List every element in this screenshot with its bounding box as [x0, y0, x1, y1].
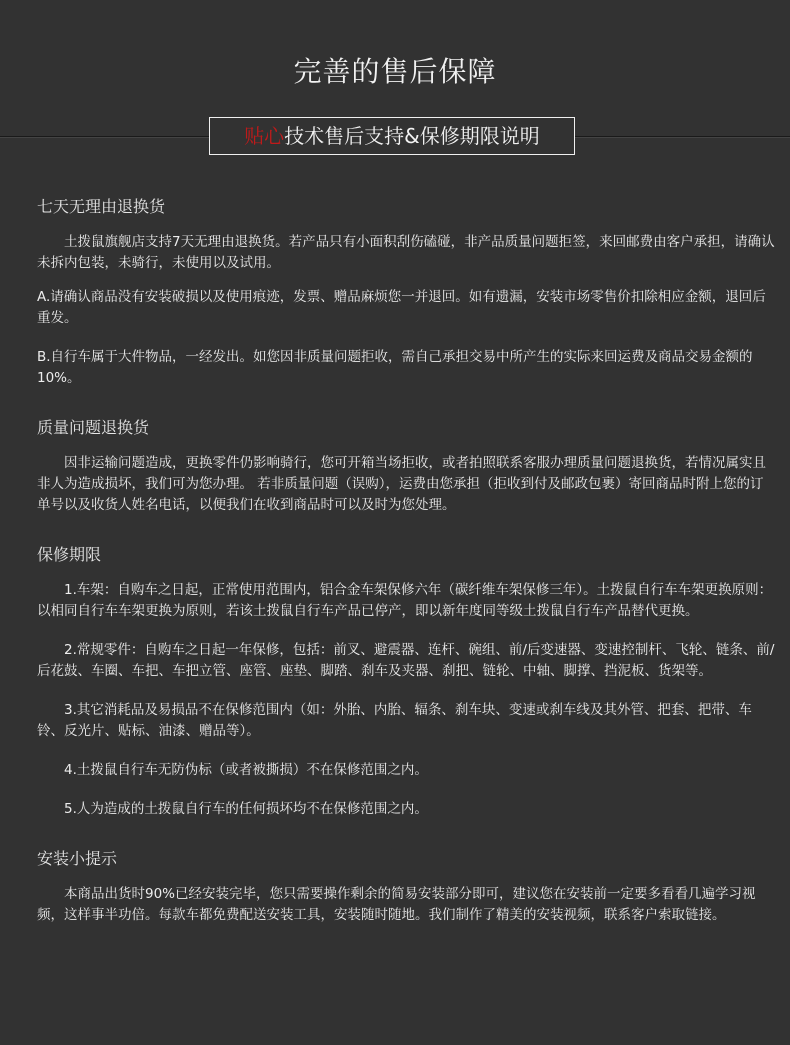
banner-text: 技术售后支持&保修期限说明: [284, 124, 540, 148]
paragraph: 土拨鼠旗舰店支持7天无理由退换货。若产品只有小面积刮伤磕碰，非产品质量问题拒签，…: [37, 232, 777, 274]
warranty-item: 3.其它消耗品及易损品不在保修范围内（如：外胎、内胎、辐条、刹车块、变速或刹车线…: [37, 700, 777, 742]
section-warranty-period: 保修期限 1.车架：自购车之日起，正常使用范围内，铝合金车架保修六年（碳纤维车架…: [37, 544, 777, 820]
main-title: 完善的售后保障: [0, 50, 790, 90]
warranty-item: 1.车架：自购车之日起，正常使用范围内，铝合金车架保修六年（碳纤维车架保修三年）…: [37, 580, 777, 622]
paragraph: B.自行车属于大件物品，一经发出。如您因非质量问题拒收，需自己承担交易中所产生的…: [37, 347, 777, 389]
warranty-item: 2.常规零件：自购车之日起一年保修，包括：前叉、避震器、连杆、碗组、前/后变速器…: [37, 640, 777, 682]
section-title: 七天无理由退换货: [37, 196, 777, 218]
content: 七天无理由退换货 土拨鼠旗舰店支持7天无理由退换货。若产品只有小面积刮伤磕碰，非…: [37, 196, 777, 926]
warranty-item: 5.人为造成的土拨鼠自行车的任何损坏均不在保修范围之内。: [37, 799, 777, 820]
section-title: 保修期限: [37, 544, 777, 566]
banner-accent-text: 贴心: [244, 124, 284, 148]
paragraph: A.请确认商品没有安装破损以及使用痕迹，发票、赠品麻烦您一并退回。如有遗漏，安装…: [37, 287, 777, 329]
warranty-item: 4.土拨鼠自行车无防伪标（或者被撕损）不在保修范围之内。: [37, 760, 777, 781]
section-title: 质量问题退换货: [37, 417, 777, 439]
section-seven-day-return: 七天无理由退换货 土拨鼠旗舰店支持7天无理由退换货。若产品只有小面积刮伤磕碰，非…: [37, 196, 777, 389]
section-title: 安装小提示: [37, 848, 777, 870]
section-banner: 贴心技术售后支持&保修期限说明: [209, 117, 575, 155]
paragraph: 本商品出货时90%已经安装完毕，您只需要操作剩余的简易安装部分即可，建议您在安装…: [37, 884, 777, 926]
section-install-tips: 安装小提示 本商品出货时90%已经安装完毕，您只需要操作剩余的简易安装部分即可，…: [37, 848, 777, 926]
section-quality-return: 质量问题退换货 因非运输问题造成，更换零件仍影响骑行，您可开箱当场拒收，或者拍照…: [37, 417, 777, 516]
paragraph: 因非运输问题造成，更换零件仍影响骑行，您可开箱当场拒收，或者拍照联系客服办理质量…: [37, 453, 777, 516]
